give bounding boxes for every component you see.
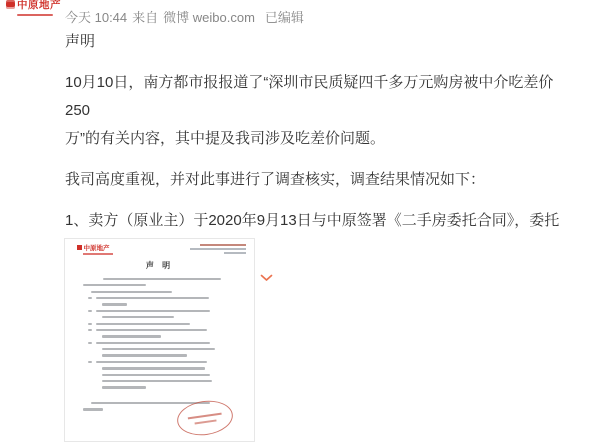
post-source-link[interactable]: 微博 weibo.com [163, 10, 255, 25]
post-paragraph-title: 声明 [65, 28, 571, 56]
post-meta: 今天 10:44来自微博 weibo.com已编辑 [65, 7, 309, 26]
centaline-logo-subtext [17, 14, 53, 17]
doc-title: 声 明 [65, 260, 254, 271]
post-source-label: 来自 [132, 10, 158, 25]
doc-centaline-logo-text: 中原地产 [84, 243, 110, 252]
centaline-logo-icon [6, 0, 15, 9]
avatar[interactable]: 中原地产 [6, 0, 62, 18]
doc-centaline-logo-subtext [83, 253, 113, 255]
doc-header: 中原地产 [65, 239, 254, 255]
centaline-logo-text: 中原地产 [17, 0, 61, 12]
doc-header-lines [190, 243, 246, 254]
doc-centaline-logo-icon [77, 245, 82, 250]
post-paragraph-2: 我司高度重视，并对此事进行了调查核实，调查结果情况如下： [65, 166, 571, 194]
doc-text-lines [83, 278, 240, 411]
attached-statement-image[interactable]: 中原地产 声 明 [64, 238, 255, 442]
post-paragraph-1: 10月10日，南方都市报报道了“深圳市民质疑四千多万元购房被中介吃差价250 万… [65, 69, 571, 153]
weibo-post: 中原地产 今天 10:44来自微博 weibo.com已编辑 声明 10月10日… [0, 0, 589, 444]
post-timestamp[interactable]: 今天 10:44 [65, 10, 127, 25]
post-edited-badge[interactable]: 已编辑 [265, 10, 304, 25]
chevron-down-icon[interactable] [260, 274, 273, 282]
